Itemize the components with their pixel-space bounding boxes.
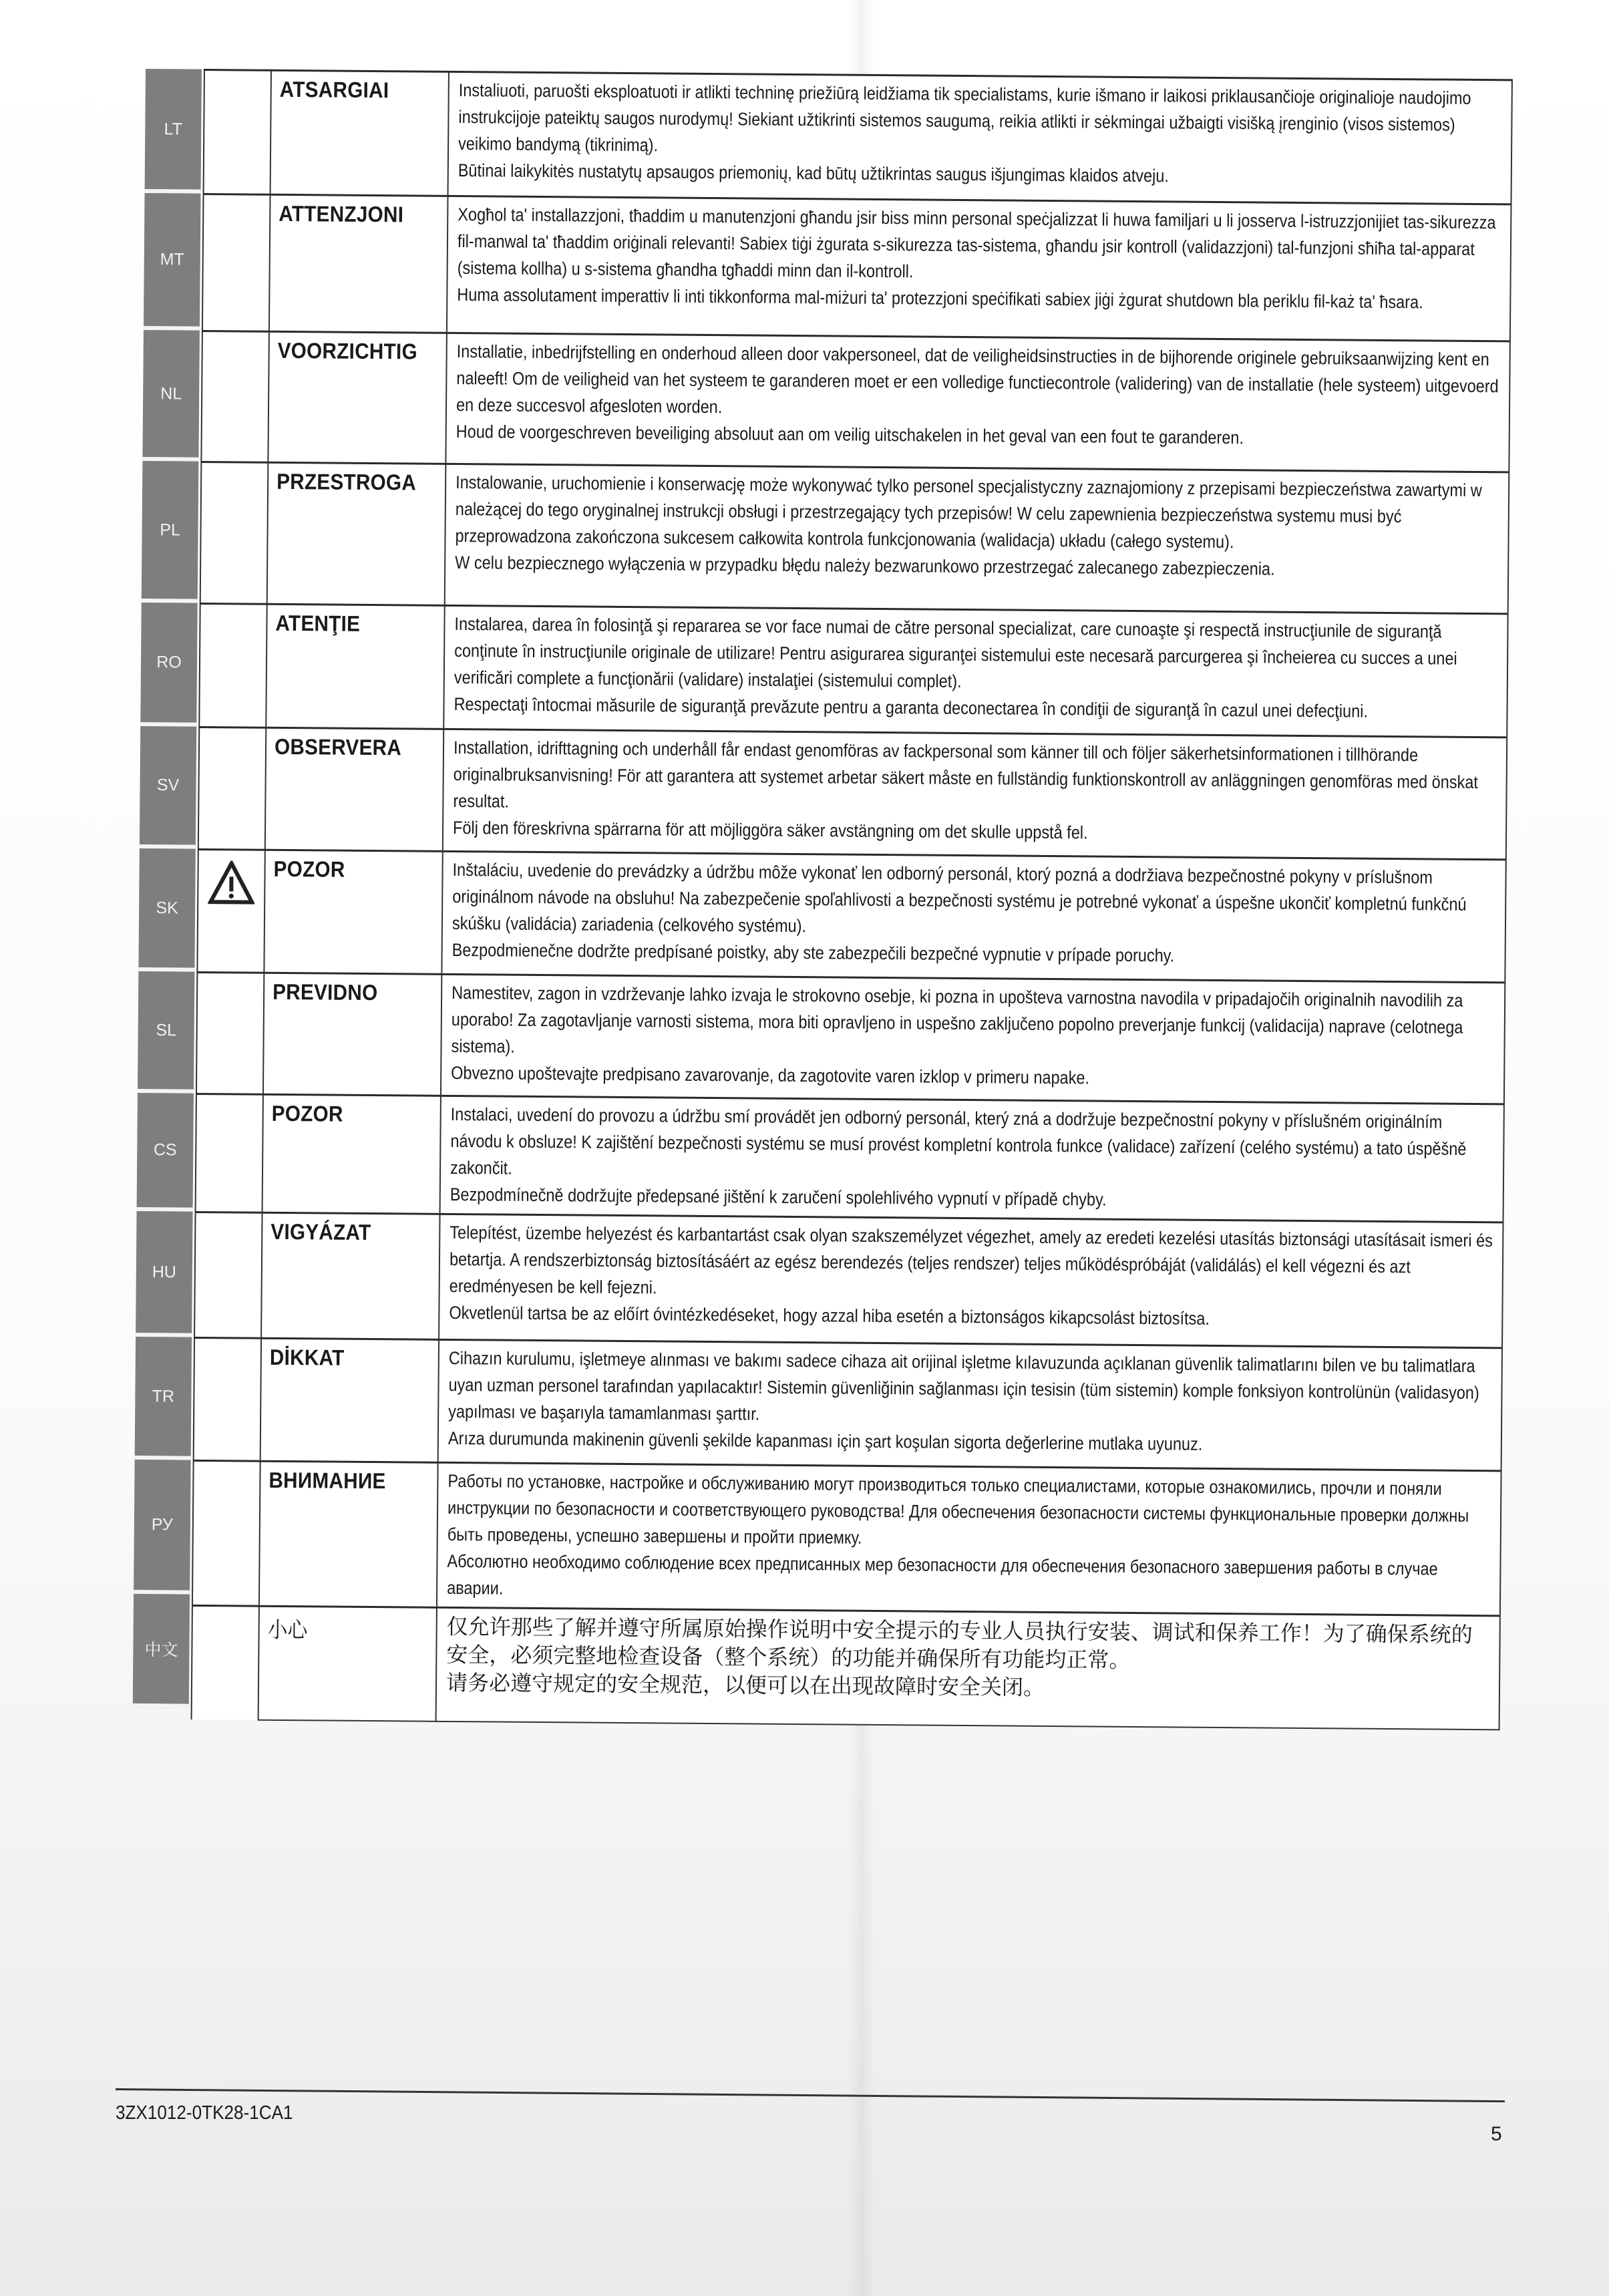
heading-cell: ВНИМАНИЕ — [259, 1461, 438, 1607]
language-row: VOORZICHTIG Installatie, inbedrijfstelli… — [201, 331, 1509, 472]
warning-heading: ATSARGIAI — [280, 77, 389, 103]
language-tab: HU — [136, 1211, 192, 1337]
language-tab-column: LTMTNLPLROSVSKSLCSHUTRРУ中文 — [133, 69, 202, 1708]
language-tab: SL — [138, 971, 194, 1094]
instruction-cell: Installation, idrifttagning och underhål… — [443, 729, 1507, 859]
icon-cell — [201, 331, 269, 462]
icon-cell — [192, 1460, 260, 1606]
instruction-cell: Namestitev, zagon in vzdrževanje lahko i… — [441, 974, 1505, 1104]
warning-heading: VOORZICHTIG — [278, 338, 418, 365]
language-tab: MT — [144, 193, 201, 331]
language-row: VIGYÁZAT Telepítést, üzembe helyezést és… — [194, 1212, 1503, 1347]
heading-cell: DİKKAT — [260, 1338, 439, 1462]
instruction-text: Xogħol ta' installazzjoni, tħaddim u man… — [458, 201, 1505, 289]
instruction-cell: Xogħol ta' installazzjoni, tħaddim u man… — [447, 196, 1511, 341]
instruction-cell: 仅允许那些了解并遵守所属原始操作说明中安全提示的专业人员执行安装、调试和保养工作… — [436, 1607, 1500, 1729]
language-row: ATSARGIAI Instaliuoti, paruošti eksploat… — [204, 70, 1512, 204]
language-row: POZOR Inštaláciu, uvedenie do prevádzky … — [197, 849, 1505, 982]
instruction-cell: Instaliuoti, paruošti eksploatuoti ir at… — [448, 71, 1512, 204]
warning-heading: POZOR — [273, 856, 345, 882]
warning-heading: 小心 — [267, 1613, 307, 1644]
language-tab: SV — [140, 726, 196, 849]
warning-heading: ATTENZJONI — [279, 201, 403, 227]
warning-heading: OBSERVERA — [275, 734, 401, 760]
instruction-cell: Inštaláciu, uvedenie do prevádzky a údrž… — [441, 851, 1505, 982]
language-row: ATTENZJONI Xogħol ta' installazzjoni, tħ… — [202, 194, 1511, 341]
heading-cell: POZOR — [264, 850, 442, 974]
instruction-text: Inštaláciu, uvedenie do prevádzky a údrž… — [452, 856, 1499, 945]
heading-cell: ATENŢIE — [266, 604, 444, 729]
instruction-text: Instaliuoti, paruošti eksploatuoti ir at… — [458, 77, 1505, 165]
document-code: 3ZX1012-0TK28-1CA1 — [116, 2102, 293, 2124]
heading-cell: PREVIDNO — [263, 973, 441, 1096]
page-number: 5 — [1491, 2123, 1502, 2146]
warning-heading: VIGYÁZAT — [271, 1219, 371, 1245]
language-row: DİKKAT Cihazın kurulumu, işletmeye alınm… — [194, 1337, 1502, 1470]
warning-heading: ATENŢIE — [275, 611, 360, 637]
icon-cell — [194, 1337, 261, 1461]
language-row: 小心 仅允许那些了解并遵守所属原始操作说明中安全提示的专业人员执行安装、调试和保… — [192, 1605, 1500, 1729]
instruction-text: Telepítést, üzembe helyezést és karbanta… — [450, 1219, 1497, 1307]
icon-cell — [196, 972, 264, 1094]
language-row: OBSERVERA Installation, idrifttagning oc… — [198, 727, 1507, 859]
language-row: ВНИМАНИЕ Работы по установке, настройке … — [192, 1460, 1501, 1615]
instruction-text: Installatie, inbedrijfstelling en onderh… — [456, 338, 1503, 426]
icon-cell — [204, 70, 271, 195]
warning-heading: ВНИМАНИЕ — [269, 1468, 385, 1494]
safety-notice-table: ATSARGIAI Instaliuoti, paruošti eksploat… — [191, 69, 1513, 1730]
instruction-text: Namestitev, zagon in vzdrževanje lahko i… — [451, 979, 1498, 1068]
language-tab: PL — [142, 461, 199, 603]
instruction-text: Работы по установке, настройке и обслужи… — [448, 1468, 1495, 1556]
icon-cell — [192, 1605, 259, 1719]
heading-cell: POZOR — [262, 1094, 441, 1214]
language-tab: NL — [142, 330, 200, 462]
instruction-cell: Installatie, inbedrijfstelling en onderh… — [445, 333, 1509, 472]
heading-cell: 小心 — [258, 1606, 437, 1721]
icon-cell — [196, 1094, 263, 1212]
icon-cell — [198, 727, 266, 850]
shutdown-note: Абсолютно необходимо соблюдение всех пре… — [447, 1548, 1493, 1609]
warning-heading: DİKKAT — [270, 1345, 345, 1371]
language-row: PRZESTROGA Instalowanie, uruchomienie i … — [200, 462, 1509, 613]
heading-cell: VOORZICHTIG — [268, 331, 447, 464]
language-tab: SK — [138, 848, 195, 972]
instruction-text: Instalaci, uvedení do provozu a údržbu s… — [450, 1101, 1497, 1189]
heading-cell: VIGYÁZAT — [261, 1212, 439, 1339]
warning-heading: PREVIDNO — [273, 979, 378, 1005]
heading-cell: OBSERVERA — [265, 727, 443, 851]
instruction-cell: Cihazın kurulumu, işletmeye alınması ve … — [438, 1339, 1502, 1470]
instruction-cell: Работы по установке, настройке и обслужи… — [437, 1462, 1501, 1615]
instruction-text: Instalowanie, uruchomienie i konserwację… — [455, 469, 1502, 557]
instruction-cell: Instalaci, uvedení do provozu a údržbu s… — [440, 1096, 1504, 1222]
warning-heading: PRZESTROGA — [277, 469, 416, 496]
instruction-cell: Instalarea, darea în folosinţă şi repara… — [443, 605, 1507, 737]
icon-cell — [197, 849, 264, 973]
heading-cell: ATTENZJONI — [269, 194, 448, 333]
instruction-cell: Instalowanie, uruchomienie i konserwację… — [445, 464, 1509, 613]
language-row: POZOR Instalaci, uvedení do provozu a úd… — [196, 1094, 1504, 1222]
language-tab: LT — [145, 69, 202, 194]
instruction-cell: Telepítést, üzembe helyezést és karbanta… — [439, 1214, 1503, 1347]
instruction-text: Installation, idrifttagning och underhål… — [453, 734, 1500, 822]
icon-cell — [200, 462, 269, 604]
icon-cell — [194, 1212, 262, 1338]
heading-cell: ATSARGIAI — [271, 70, 449, 196]
language-tab: РУ — [134, 1460, 191, 1595]
language-row: PREVIDNO Namestitev, zagon in vzdrževanj… — [196, 972, 1505, 1104]
language-tab: 中文 — [133, 1594, 190, 1708]
scanned-page: LTMTNLPLROSVSKSLCSHUTRРУ中文 ATSARGIAI Ins… — [0, 0, 1609, 2296]
icon-cell — [199, 603, 266, 727]
instruction-text: 仅允许那些了解并遵守所属原始操作说明中安全提示的专业人员执行安装、调试和保养工作… — [446, 1613, 1493, 1677]
heading-cell: PRZESTROGA — [267, 462, 446, 605]
language-tab: RO — [140, 603, 197, 727]
language-row: ATENŢIE Instalarea, darea în folosinţă ş… — [199, 603, 1507, 737]
icon-cell — [202, 194, 271, 332]
instruction-text: Cihazın kurulumu, işletmeye alınması ve … — [448, 1345, 1495, 1433]
instruction-text: Instalarea, darea în folosinţă şi repara… — [454, 611, 1501, 699]
warning-triangle-icon — [208, 860, 255, 905]
language-tab: TR — [135, 1337, 192, 1460]
footer-rule — [116, 2088, 1505, 2102]
warning-heading: POZOR — [272, 1101, 343, 1127]
language-tab: CS — [137, 1093, 194, 1212]
